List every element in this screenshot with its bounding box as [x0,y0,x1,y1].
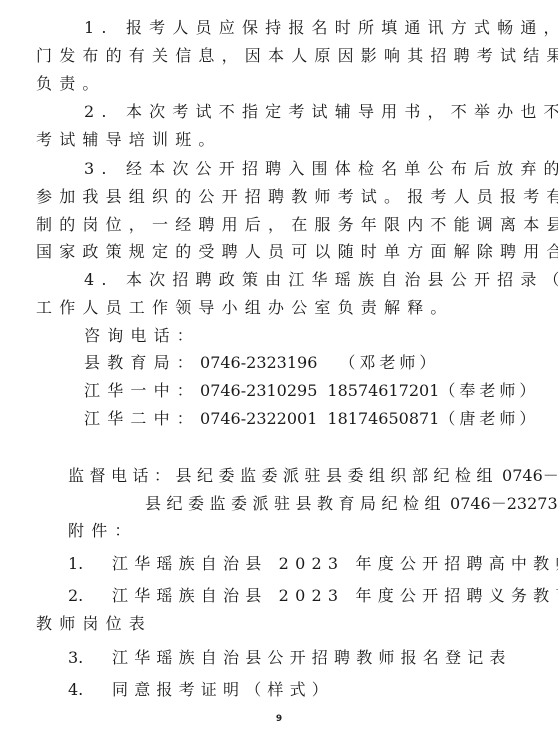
note-3-line-4: 国家政策规定的受聘人员可以随时单方面解除聘用合同的情形除外。 [36,242,558,262]
attachment-item-1: 1.江华瑶族自治县 2023 年度公开招聘高中教师岗位表 [68,554,558,574]
attachments-heading: 附件： [68,521,138,541]
attachment-item-2: 2.江华瑶族自治县 2023 年度公开招聘义务教育（含学前教育） [68,586,558,606]
consult-contact-2: 江华一中：0746-231029518574617201（奉老师） [84,381,539,401]
note-3-line-2: 参加我县组织的公开招聘教师考试。报考人员报考有最低服务年限限 [36,187,558,207]
supervision-label: 监督电话： [68,466,176,485]
attachment-title: 同意报考证明（样式） [112,680,334,699]
attachment-number: 1. [68,554,112,574]
contact-mobile: 18574617201 [327,381,439,400]
note-3-line-3: 制的岗位，一经聘用后，在服务年限内不能调离本县，否则予以辞退。 [36,215,558,235]
attachment-item-2-continued: 教师岗位表 [36,614,152,634]
supervision-line-2: 县纪委监委派驻县教育局纪检组0746－2327366 [145,494,558,514]
attachment-title: 江华瑶族自治县 2023 年度公开招聘义务教育（含学前教育） [112,586,558,605]
note-3-line-1: 3. 经本次公开招聘入围体检名单公布后放弃的人员，5 年内不得 [84,159,558,179]
supervision-phone: 0746－2320811 [502,466,558,485]
attachment-number: 4. [68,680,112,700]
attachment-number: 3. [68,648,112,668]
contact-person: （邓老师） [339,353,439,372]
supervision-org: 县纪委监委派驻县委组织部纪检组 [176,466,499,485]
contact-phone: 0746-2322001 [200,409,317,428]
contact-phone: 0746-2310295 [200,381,317,400]
attachment-item-4: 4.同意报考证明（样式） [68,680,334,700]
note-2-line-1: 2. 本次考试不指定考试辅导用书，不举办也不委托任何机构举办 [84,102,558,122]
consult-contact-3: 江华二中：0746-232200118174650871（唐老师） [84,409,539,429]
contact-org: 江华二中： [84,409,200,428]
supervision-phone: 0746－2327366 [450,494,558,513]
attachment-number: 2. [68,586,112,606]
note-1-line-1: 1. 报考人员应保持报名时所填通讯方式畅通，并及时了解招聘部 [84,18,558,38]
contact-person: （奉老师） [439,381,539,400]
consult-heading: 咨询电话： [84,326,200,346]
supervision-org: 县纪委监委派驻县教育局纪检组 [145,494,446,513]
contact-org: 县教育局： [84,353,200,372]
contact-org: 江华一中： [84,381,200,400]
note-4-line-1: 4. 本次招聘政策由江华瑶族自治县公开招录（聘）机关事业单位 [84,270,558,290]
note-2-line-2: 考试辅导培训班。 [36,130,222,150]
contact-phone: 0746-2323196 [200,353,317,372]
contact-mobile: 18174650871 [327,409,439,428]
contact-person: （唐老师） [439,409,539,428]
note-4-line-2: 工作人员工作领导小组办公室负责解释。 [36,298,454,318]
page-number: 9 [0,714,558,724]
attachment-title: 江华瑶族自治县公开招聘教师报名登记表 [112,648,512,667]
consult-contact-1: 县教育局：0746-2323196（邓老师） [84,353,439,373]
note-1-line-3: 负责。 [36,74,106,94]
supervision-line-1: 监督电话：县纪委监委派驻县委组织部纪检组0746－2320811 [68,466,558,486]
attachment-item-3: 3.江华瑶族自治县公开招聘教师报名登记表 [68,648,512,668]
attachment-title: 江华瑶族自治县 2023 年度公开招聘高中教师岗位表 [112,554,558,573]
note-1-line-2: 门发布的有关信息，因本人原因影响其招聘考试结果的，由本人自行 [36,46,558,66]
